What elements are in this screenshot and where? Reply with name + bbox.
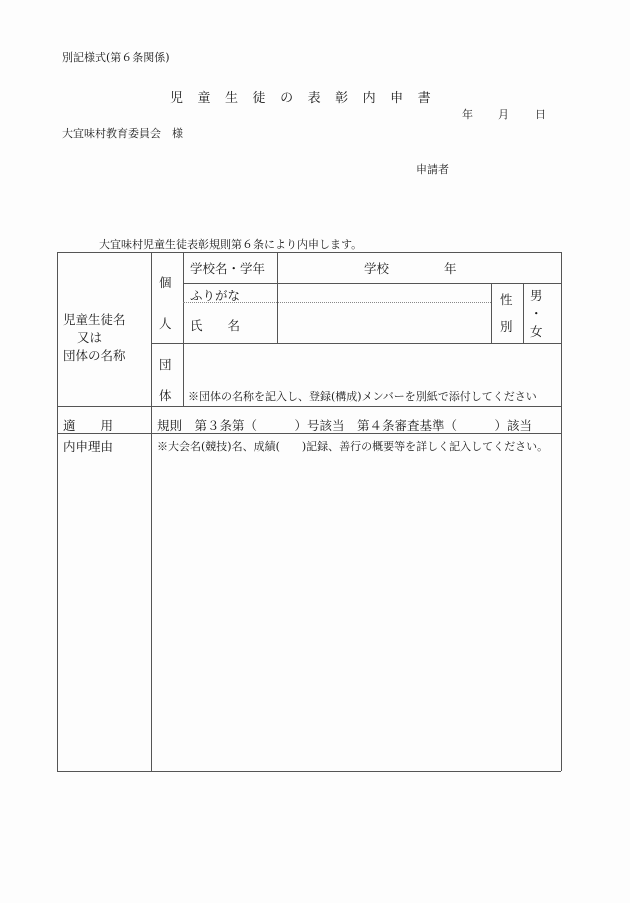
- individual-label-char1: 個: [159, 273, 172, 291]
- title-char: 書: [418, 87, 431, 106]
- document-title: 児童生徒の表彰内申書: [170, 87, 445, 106]
- date-day-label: 日: [535, 106, 546, 122]
- column-divider: [491, 283, 492, 343]
- name-label: 氏 名: [190, 316, 240, 334]
- applicable-label: 適 用: [63, 416, 113, 434]
- gender-option-male[interactable]: 男: [530, 286, 543, 304]
- row-divider: [183, 283, 561, 284]
- gender-label-char2: 別: [500, 317, 513, 335]
- row-divider: [151, 343, 561, 344]
- furigana-label: ふりがな: [190, 286, 240, 304]
- title-char: 内: [363, 87, 376, 106]
- column-divider: [151, 252, 152, 771]
- reason-label: 内申理由: [63, 437, 113, 455]
- applicable-value[interactable]: 規則 第３条第（ ）号該当 第４条審査基準（ ）該当: [157, 416, 532, 434]
- table-border-top: [57, 252, 561, 253]
- gender-label-char1: 性: [500, 290, 513, 308]
- title-char: 表: [308, 87, 321, 106]
- applicant-label: 申請者: [416, 161, 449, 177]
- individual-label-char2: 人: [159, 314, 172, 332]
- reason-note: ※大会名(競技)名、成績( )記録、善行の概要等を詳しく記入してください。: [157, 438, 548, 454]
- title-char: 申: [390, 87, 403, 106]
- group-note: ※団体の名称を記入し、登録(構成)メンバーを別紙で添付してください: [188, 388, 537, 404]
- table-border-left: [57, 252, 58, 771]
- school-value-school[interactable]: 学校: [364, 259, 389, 277]
- school-grade-label: 学校名・学年: [190, 259, 265, 277]
- reason-field[interactable]: [155, 456, 557, 766]
- subject-label-line1: 児童生徒名: [63, 310, 126, 328]
- title-char: 児: [170, 87, 183, 106]
- date-year-label: 年: [462, 106, 473, 122]
- group-label-char2: 体: [159, 386, 172, 404]
- title-char: の: [280, 87, 293, 106]
- form-reference: 別記様式(第６条関係): [62, 49, 170, 65]
- table-border-bottom: [57, 771, 561, 772]
- title-char: 彰: [335, 87, 348, 106]
- row-divider: [57, 406, 561, 407]
- subject-label-line2: 又は: [77, 328, 102, 346]
- group-name-field[interactable]: [188, 346, 558, 382]
- name-field[interactable]: [280, 306, 488, 340]
- title-char: 生: [225, 87, 238, 106]
- group-label-char1: 団: [159, 355, 172, 373]
- table-border-right: [561, 252, 562, 771]
- school-value-grade[interactable]: 年: [444, 259, 457, 277]
- title-char: 童: [198, 87, 211, 106]
- gender-option-separator: ・: [530, 304, 543, 322]
- gender-option-female[interactable]: 女: [530, 322, 543, 340]
- column-divider: [183, 252, 184, 406]
- column-divider: [523, 283, 524, 343]
- title-char: 徒: [253, 87, 266, 106]
- furigana-field[interactable]: [280, 286, 488, 301]
- column-divider: [277, 252, 278, 343]
- intro-text: 大宜味村児童生徒表彰規則第６条により内申します。: [99, 236, 362, 252]
- addressee: 大宜味村教育委員会 様: [62, 125, 183, 141]
- subject-label-line3: 団体の名称: [63, 346, 126, 364]
- date-month-label: 月: [498, 106, 509, 122]
